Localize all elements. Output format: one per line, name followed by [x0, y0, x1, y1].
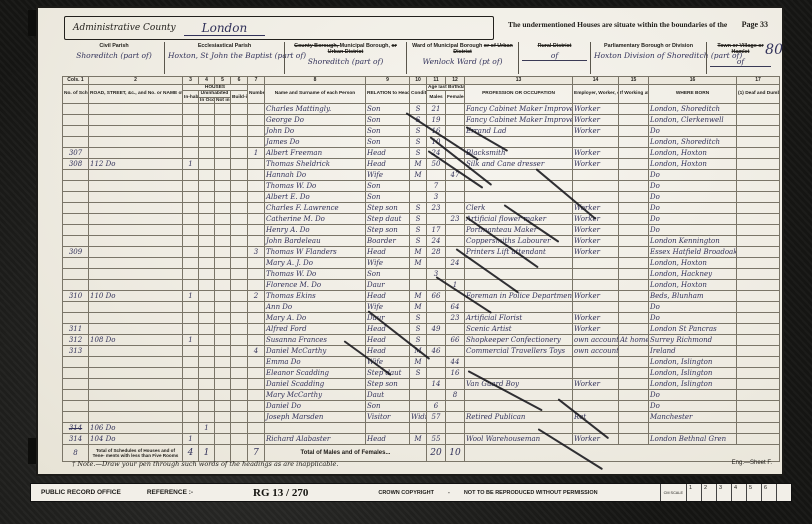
census-rows: Charles Mattingly. Son S 21 Fancy Cabine… — [63, 104, 780, 445]
cell-relation: Step son — [366, 203, 410, 214]
cell-address: 112 Do — [89, 159, 183, 170]
cell-address — [89, 225, 183, 236]
civil-parish-field: Civil Parish Shoreditch (part of) — [64, 42, 164, 74]
cell-rooms — [248, 192, 265, 203]
cell-schedule-number — [63, 203, 89, 214]
cell-where-born: London, Islington — [649, 379, 737, 390]
cell-infirmity — [737, 390, 780, 401]
cell-infirmity — [737, 192, 780, 203]
cell-inhabited — [183, 137, 199, 148]
cell-rooms — [248, 269, 265, 280]
cell-schedule-number: 309 — [63, 247, 89, 258]
cell-relation: Boarder — [366, 236, 410, 247]
cell-where-born: London, Hackney — [649, 269, 737, 280]
census-record-row: 310 110 Do 1 2 Thomas Ekins Head M 66 Fo… — [63, 291, 780, 302]
cell-uninhabited-not-occupation — [215, 148, 231, 159]
cell-building — [231, 346, 248, 357]
cell-where-born: Do — [649, 192, 737, 203]
column-numbers-row: Cols. 1 2 3 4 5 6 7 8 9 10 11 12 13 14 1… — [63, 77, 780, 85]
cell-age-male: 6 — [427, 401, 446, 412]
cell-person-name: John Do — [265, 126, 366, 137]
colnum-15: 15 — [619, 77, 649, 85]
cell-building — [231, 104, 248, 115]
colnum-14: 14 — [573, 77, 619, 85]
cell-uninhabited-in-occupation — [199, 280, 215, 291]
cell-building — [231, 137, 248, 148]
cell-employer-status — [573, 280, 619, 291]
cell-condition: M — [410, 159, 427, 170]
cell-age-female: 23 — [446, 214, 465, 225]
cell-occupation: Retired Publican — [465, 412, 573, 423]
pro-dash: - — [448, 490, 450, 496]
cell-infirmity — [737, 126, 780, 137]
cell-condition — [410, 401, 427, 412]
cell-person-name: Thomas W Flanders — [265, 247, 366, 258]
cell-where-born: London St Pancras — [649, 324, 737, 335]
cell-occupation — [465, 280, 573, 291]
cell-rooms — [248, 203, 265, 214]
cell-schedule-number: 314 — [63, 423, 89, 434]
cell-condition: S — [410, 313, 427, 324]
pro-copyright-label: CROWN COPYRIGHT — [378, 490, 434, 496]
cell-building — [231, 412, 248, 423]
header-age-males: Males — [427, 91, 446, 104]
cell-uninhabited-in-occupation — [199, 368, 215, 379]
cell-inhabited — [183, 412, 199, 423]
cell-address — [89, 357, 183, 368]
cell-condition — [410, 390, 427, 401]
census-record-row: Eleanor Scadding Step daut S 16 London, … — [63, 368, 780, 379]
cell-uninhabited-not-occupation — [215, 225, 231, 236]
cell-building — [231, 401, 248, 412]
cell-inhabited — [183, 148, 199, 159]
colnum-1: Cols. 1 — [63, 77, 89, 85]
cell-inhabited — [183, 126, 199, 137]
cell-uninhabited-not-occupation — [215, 269, 231, 280]
header-age-group: Age last Birthday of — [427, 85, 465, 91]
census-record-row: John Do Son S 16 Errand Lad Worker Do — [63, 126, 780, 137]
cell-age-male — [427, 313, 446, 324]
cell-uninhabited-not-occupation — [215, 203, 231, 214]
census-record-row: 307 1 Albert Freeman Head S 24 Blacksmit… — [63, 148, 780, 159]
cell-person-name: Daniel Scadding — [265, 379, 366, 390]
cell-working-at-home — [619, 434, 649, 445]
cell-address — [89, 137, 183, 148]
cell-rooms — [248, 214, 265, 225]
cell-condition: M — [410, 302, 427, 313]
cell-employer-status — [573, 258, 619, 269]
cell-age-female — [446, 236, 465, 247]
cell-schedule-number — [63, 137, 89, 148]
census-record-row: 312 108 Do 1 Susanna Frances Head S 66 S… — [63, 335, 780, 346]
cell-uninhabited-in-occupation — [199, 159, 215, 170]
cell-age-male — [427, 335, 446, 346]
census-record-row: Charles Mattingly. Son S 21 Fancy Cabine… — [63, 104, 780, 115]
cell-building — [231, 280, 248, 291]
cell-address: 106 Do — [89, 423, 183, 434]
cell-working-at-home — [619, 203, 649, 214]
cell-occupation — [465, 269, 573, 280]
census-record-row: 309 3 Thomas W Flanders Head M 28 Printe… — [63, 247, 780, 258]
cell-person-name: Albert E. Do — [265, 192, 366, 203]
header-schedule: No. of Schedule — [63, 85, 89, 104]
cell-rooms — [248, 137, 265, 148]
cell-condition — [410, 181, 427, 192]
census-record-row: Mary A. J. Do Wife M 24 London, Hoxton — [63, 258, 780, 269]
binder-mark-top — [28, 10, 36, 36]
cell-address — [89, 192, 183, 203]
cell-working-at-home — [619, 390, 649, 401]
cell-occupation — [465, 137, 573, 148]
cell-relation: Wife — [366, 302, 410, 313]
cell-uninhabited-not-occupation — [215, 302, 231, 313]
cell-condition: S — [410, 236, 427, 247]
cell-uninhabited-not-occupation — [215, 258, 231, 269]
cell-uninhabited-in-occupation — [199, 302, 215, 313]
cell-relation: Son — [366, 115, 410, 126]
cell-building — [231, 159, 248, 170]
cell-uninhabited-in-occupation — [199, 192, 215, 203]
cell-relation: Son — [366, 269, 410, 280]
cell-address — [89, 313, 183, 324]
cell-working-at-home — [619, 280, 649, 291]
cell-where-born: London, Islington — [649, 357, 737, 368]
cell-condition: M — [410, 247, 427, 258]
cell-building — [231, 225, 248, 236]
cell-schedule-number — [63, 104, 89, 115]
cell-rooms: 3 — [248, 247, 265, 258]
cell-building — [231, 324, 248, 335]
colnum-7: 7 — [248, 77, 265, 85]
cell-uninhabited-in-occupation — [199, 412, 215, 423]
cell-working-at-home — [619, 412, 649, 423]
cell-uninhabited-not-occupation — [215, 126, 231, 137]
cell-age-male — [427, 423, 446, 434]
cell-uninhabited-not-occupation — [215, 324, 231, 335]
cell-infirmity — [737, 137, 780, 148]
ruler-cell: 6 — [761, 484, 776, 501]
cell-infirmity — [737, 170, 780, 181]
cell-inhabited — [183, 115, 199, 126]
cell-address — [89, 181, 183, 192]
cell-building — [231, 247, 248, 258]
cell-occupation — [465, 192, 573, 203]
page-number-label: Page 33 — [742, 20, 768, 29]
cell-working-at-home — [619, 159, 649, 170]
cell-age-female — [446, 412, 465, 423]
colnum-9: 9 — [366, 77, 410, 85]
cell-age-female — [446, 434, 465, 445]
cell-relation: Daur — [366, 280, 410, 291]
cell-person-name: Thomas W. Do — [265, 269, 366, 280]
cell-person-name: Albert Freeman — [265, 148, 366, 159]
cell-schedule-number — [63, 192, 89, 203]
cell-rooms — [248, 423, 265, 434]
cell-where-born: Do — [649, 302, 737, 313]
cell-rooms: 2 — [248, 291, 265, 302]
header-building: Build-ing — [231, 91, 248, 104]
cell-uninhabited-not-occupation — [215, 313, 231, 324]
cell-age-male: 28 — [427, 247, 446, 258]
cell-condition: M — [410, 291, 427, 302]
cell-uninhabited-not-occupation — [215, 335, 231, 346]
cell-schedule-number: 310 — [63, 291, 89, 302]
cell-person-name: Thomas W. Do — [265, 181, 366, 192]
cell-working-at-home — [619, 137, 649, 148]
cell-address — [89, 302, 183, 313]
cell-infirmity — [737, 258, 780, 269]
colnum-12: 12 — [446, 77, 465, 85]
cell-condition: S — [410, 148, 427, 159]
cell-where-born: London, Islington — [649, 368, 737, 379]
cell-where-born: Do — [649, 170, 737, 181]
cell-infirmity — [737, 214, 780, 225]
cell-building — [231, 258, 248, 269]
cell-inhabited — [183, 203, 199, 214]
census-record-row: Catherine M. Do Step daut S 23 Artificia… — [63, 214, 780, 225]
cell-rooms — [248, 368, 265, 379]
cell-age-female — [446, 192, 465, 203]
cell-occupation: Van Guard Boy — [465, 379, 573, 390]
cell-schedule-number: 308 — [63, 159, 89, 170]
cell-employer-status: Worker — [573, 148, 619, 159]
cell-where-born: Do — [649, 225, 737, 236]
cell-address — [89, 258, 183, 269]
cell-working-at-home — [619, 170, 649, 181]
cell-age-female: 8 — [446, 390, 465, 401]
cell-occupation: Silk and Cane dresser — [465, 159, 573, 170]
cell-age-female — [446, 181, 465, 192]
cell-inhabited — [183, 357, 199, 368]
cell-address — [89, 269, 183, 280]
census-record-row: James Do Son S 10 London, Shoreditch — [63, 137, 780, 148]
cell-where-born: London Kennington — [649, 236, 737, 247]
cell-rooms — [248, 236, 265, 247]
cell-uninhabited-not-occupation — [215, 390, 231, 401]
cell-building — [231, 269, 248, 280]
cell-uninhabited-not-occupation — [215, 137, 231, 148]
cell-person-name: Florence M. Do — [265, 280, 366, 291]
cell-where-born: Essex Hatfield Broadoak — [649, 247, 737, 258]
census-record-row: Hannah Do Wife M 47 Do — [63, 170, 780, 181]
cell-uninhabited-not-occupation — [215, 423, 231, 434]
cell-working-at-home — [619, 192, 649, 203]
cell-relation: Step son — [366, 225, 410, 236]
cell-relation: Daut — [366, 390, 410, 401]
cell-building — [231, 302, 248, 313]
cell-uninhabited-in-occupation — [199, 104, 215, 115]
cell-uninhabited-in-occupation — [199, 390, 215, 401]
census-record-row: Daniel Do Son 6 Do — [63, 401, 780, 412]
cell-person-name: Thomas Sheldrick — [265, 159, 366, 170]
cell-inhabited: 1 — [183, 159, 199, 170]
cell-infirmity — [737, 357, 780, 368]
cell-condition — [410, 379, 427, 390]
census-record-row: Charles F. Lawrence Step son S 23 Clerk … — [63, 203, 780, 214]
cell-employer-status: Worker — [573, 313, 619, 324]
cell-age-female — [446, 115, 465, 126]
header-rooms: Number of Rooms occupied if less than Fi… — [248, 85, 265, 104]
colnum-11: 11 — [427, 77, 446, 85]
cell-rooms — [248, 181, 265, 192]
cell-where-born: Do — [649, 203, 737, 214]
header-road: ROAD, STREET, &c., and No. or NAME of HO… — [89, 85, 183, 104]
cell-uninhabited-in-occupation — [199, 346, 215, 357]
cell-relation: Wife — [366, 258, 410, 269]
cell-building — [231, 126, 248, 137]
ruler-cell: 5 — [746, 484, 761, 501]
cell-uninhabited-not-occupation — [215, 346, 231, 357]
cell-person-name: Mary McCarthy — [265, 390, 366, 401]
cell-rooms — [248, 280, 265, 291]
cell-working-at-home — [619, 148, 649, 159]
cell-address — [89, 412, 183, 423]
cell-person-name: Hannah Do — [265, 170, 366, 181]
cell-where-born: London, Clerkenwell — [649, 115, 737, 126]
cell-uninhabited-not-occupation — [215, 379, 231, 390]
cell-building — [231, 357, 248, 368]
cell-working-at-home — [619, 313, 649, 324]
cell-employer-status: Worker — [573, 126, 619, 137]
cell-age-female: 24 — [446, 258, 465, 269]
cell-building — [231, 214, 248, 225]
cell-person-name: Charles Mattingly. — [265, 104, 366, 115]
cell-uninhabited-not-occupation — [215, 412, 231, 423]
cell-where-born: London, Hoxton — [649, 148, 737, 159]
cell-infirmity — [737, 269, 780, 280]
census-record-row: Daniel Scadding Step son 14 Van Guard Bo… — [63, 379, 780, 390]
cell-infirmity — [737, 115, 780, 126]
cell-rooms — [248, 324, 265, 335]
cell-age-female — [446, 401, 465, 412]
cell-age-male — [427, 390, 446, 401]
binder-mark-bottom — [28, 438, 36, 464]
cell-uninhabited-in-occupation — [199, 225, 215, 236]
cell-rooms — [248, 401, 265, 412]
cell-condition — [410, 192, 427, 203]
cell-schedule-number: 311 — [63, 324, 89, 335]
cell-inhabited — [183, 379, 199, 390]
cell-uninhabited-not-occupation — [215, 247, 231, 258]
cell-employer-status — [573, 192, 619, 203]
cell-inhabited — [183, 401, 199, 412]
census-record-row: Emma Do Wife M 44 London, Islington — [63, 357, 780, 368]
cell-rooms — [248, 258, 265, 269]
cell-relation: Son — [366, 401, 410, 412]
cell-inhabited — [183, 269, 199, 280]
cell-rooms — [248, 313, 265, 324]
cell-person-name: Mary A. Do — [265, 313, 366, 324]
cell-age-male: 46 — [427, 346, 446, 357]
cell-working-at-home — [619, 302, 649, 313]
cell-age-male: 3 — [427, 192, 446, 203]
cell-relation: Son — [366, 137, 410, 148]
cell-uninhabited-not-occupation — [215, 192, 231, 203]
cell-uninhabited-not-occupation — [215, 291, 231, 302]
cell-working-at-home — [619, 269, 649, 280]
administrative-county-value: London — [184, 21, 266, 36]
cell-employer-status: Worker — [573, 291, 619, 302]
cell-working-at-home: At home — [619, 335, 649, 346]
cell-age-female: 64 — [446, 302, 465, 313]
cell-infirmity — [737, 104, 780, 115]
pro-notice-label: NOT TO BE REPRODUCED WITHOUT PERMISSION — [464, 490, 598, 496]
pro-reference-label: REFERENCE :- — [147, 489, 193, 496]
pro-office-label: PUBLIC RECORD OFFICE — [41, 489, 121, 496]
cell-infirmity — [737, 379, 780, 390]
census-record-row: Henry A. Do Step son S 17 Portmanteau Ma… — [63, 225, 780, 236]
colnum-13: 13 — [465, 77, 573, 85]
cell-uninhabited-not-occupation — [215, 434, 231, 445]
cell-age-female — [446, 269, 465, 280]
cell-age-female — [446, 126, 465, 137]
cell-schedule-number — [63, 390, 89, 401]
cell-uninhabited-in-occupation — [199, 335, 215, 346]
census-record-row: Mary McCarthy Daut 8 Do — [63, 390, 780, 401]
cell-address — [89, 390, 183, 401]
header-where-born: WHERE BORN — [649, 85, 737, 104]
cell-schedule-number: 312 — [63, 335, 89, 346]
cell-schedule-number — [63, 401, 89, 412]
cell-where-born — [649, 423, 737, 434]
cell-employer-status — [573, 170, 619, 181]
cell-employer-status: Worker — [573, 434, 619, 445]
cell-schedule-number — [63, 258, 89, 269]
census-sheet: Administrative County London The underme… — [36, 6, 784, 476]
cell-age-male — [427, 368, 446, 379]
ruler-cell: 4 — [731, 484, 746, 501]
cell-age-female: 66 — [446, 335, 465, 346]
cell-relation: Head — [366, 159, 410, 170]
cell-building — [231, 181, 248, 192]
cell-infirmity — [737, 324, 780, 335]
cell-schedule-number — [63, 170, 89, 181]
cell-age-male — [427, 170, 446, 181]
cell-schedule-number: 314 — [63, 434, 89, 445]
cell-relation: Visitor — [366, 412, 410, 423]
cell-relation: Son — [366, 181, 410, 192]
cell-where-born: Do — [649, 390, 737, 401]
cell-condition: Widr — [410, 412, 427, 423]
colnum-6: 6 — [231, 77, 248, 85]
cell-infirmity — [737, 203, 780, 214]
cell-age-female — [446, 104, 465, 115]
cell-age-female — [446, 346, 465, 357]
cell-uninhabited-in-occupation — [199, 258, 215, 269]
cell-rooms — [248, 335, 265, 346]
cell-infirmity — [737, 280, 780, 291]
cell-condition: S — [410, 104, 427, 115]
cell-address — [89, 236, 183, 247]
cell-infirmity — [737, 401, 780, 412]
cell-building — [231, 236, 248, 247]
colnum-16: 16 — [649, 77, 737, 85]
header-infirmity: (1) Deaf and Dumb (2) Blind (3) Lunatic … — [737, 85, 780, 104]
parliamentary-borough-field: Parliamentary Borough or Division Hoxton… — [590, 42, 706, 74]
cell-occupation: Fancy Cabinet Maker Improver — [465, 115, 573, 126]
cell-infirmity — [737, 148, 780, 159]
cell-working-at-home — [619, 214, 649, 225]
cell-infirmity — [737, 159, 780, 170]
cell-age-female: 16 — [446, 368, 465, 379]
cell-uninhabited-in-occupation — [199, 214, 215, 225]
administrative-county-label: Administrative County — [73, 23, 176, 33]
census-record-row: 314 104 Do 1 Richard Alabaster Head M 55… — [63, 434, 780, 445]
cell-rooms — [248, 434, 265, 445]
cell-person-name: Richard Alabaster — [265, 434, 366, 445]
cell-building — [231, 368, 248, 379]
cell-occupation — [465, 423, 573, 434]
